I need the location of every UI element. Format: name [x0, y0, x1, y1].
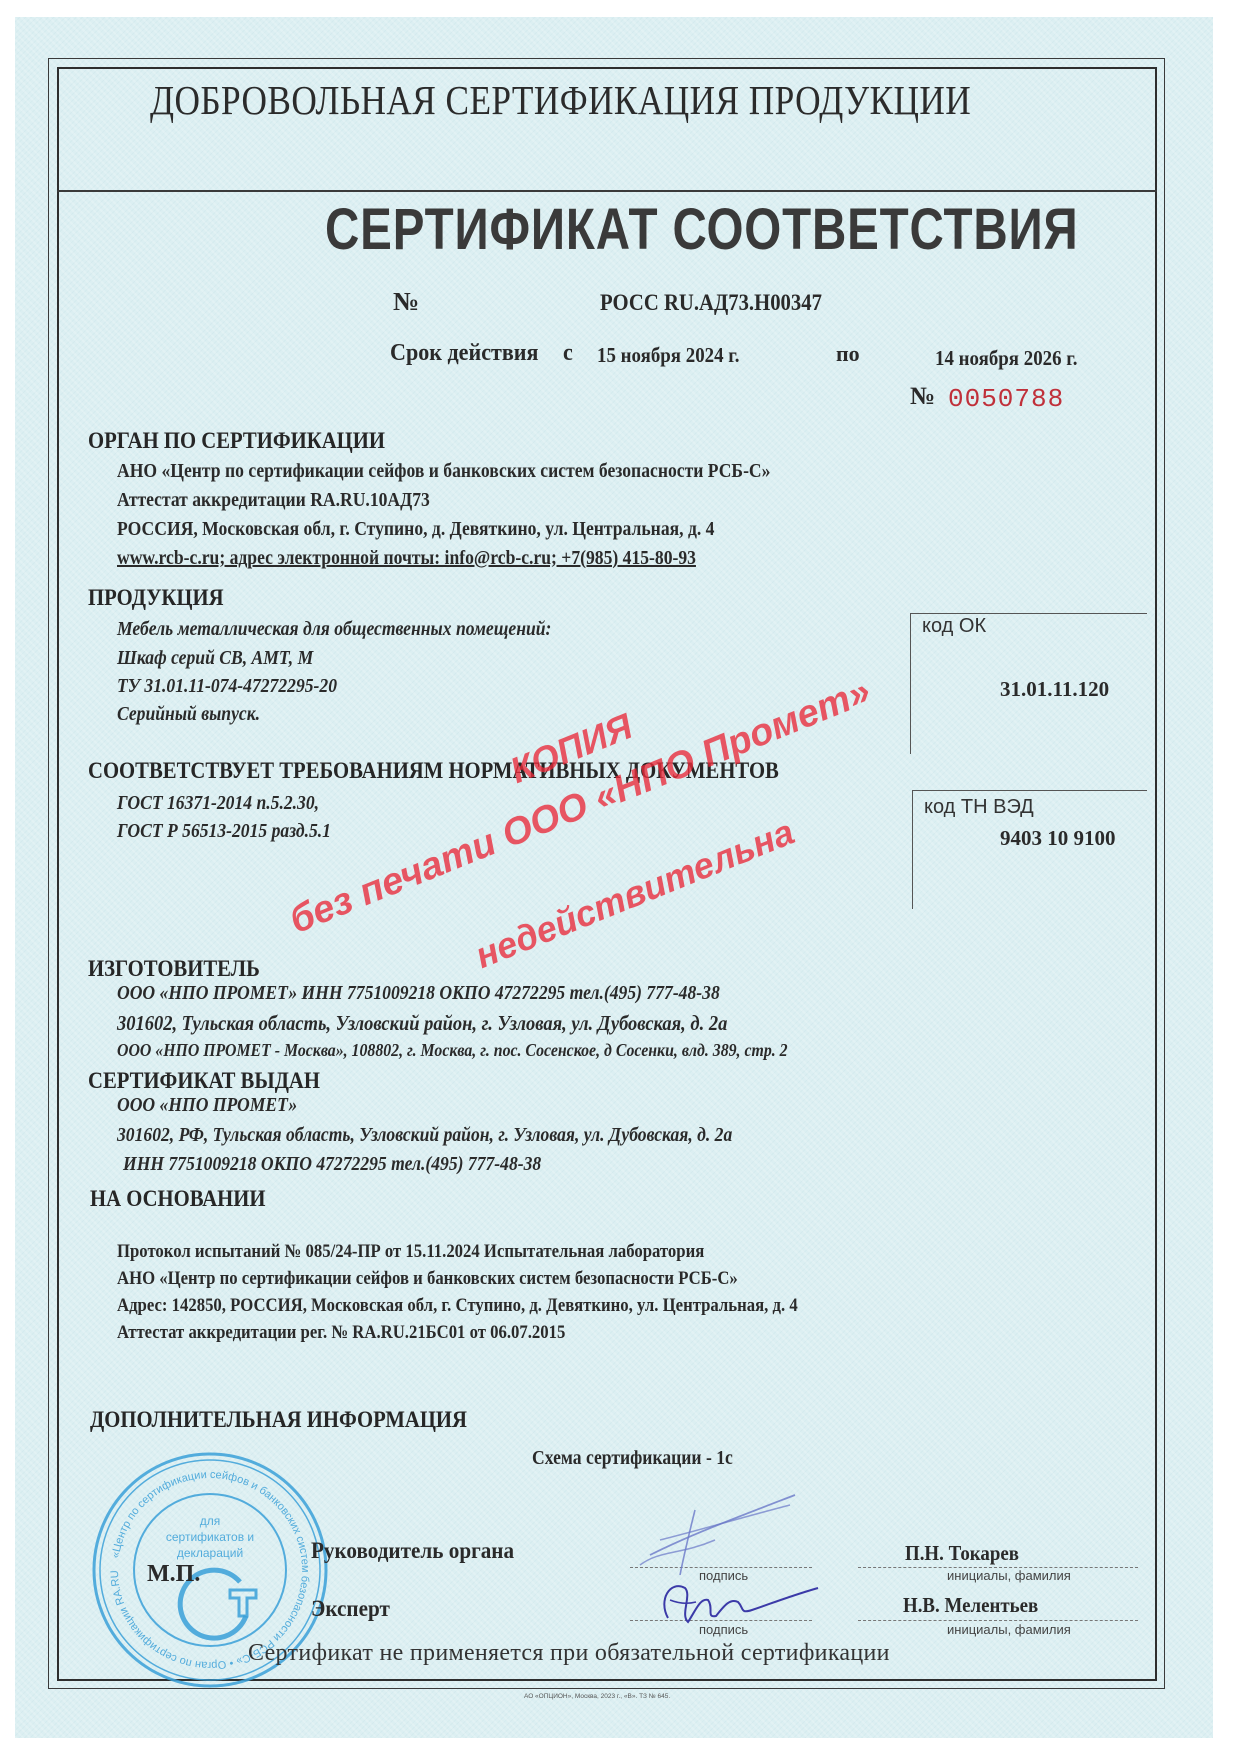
standard-line: ГОСТ Р 56513-2015 разд.5.1	[117, 820, 331, 843]
expert-name: Н.В. Мелентьев	[903, 1593, 1038, 1618]
code-ok-label: код ОК	[922, 615, 986, 638]
certification-scheme: Схема сертификации - 1с	[532, 1447, 733, 1470]
expert-name-caption: инициалы, фамилия	[947, 1622, 1071, 1637]
header-divider	[57, 190, 1157, 192]
blank-serial-number: 0050788	[948, 384, 1064, 414]
code-tnved-label: код ТН ВЭД	[924, 796, 1034, 819]
basis-line: АНО «Центр по сертификации сейфов и банк…	[117, 1268, 738, 1290]
section-certification-body: ОРГАН ПО СЕРТИФИКАЦИИ	[88, 428, 385, 454]
page-title: СЕРТИФИКАТ СООТВЕТСТВИЯ	[325, 196, 1079, 263]
expert-role-label: Эксперт	[311, 1596, 390, 1622]
code-tnved-value: 9403 10 9100	[1000, 826, 1116, 851]
expert-signature-icon	[640, 1560, 830, 1640]
code-ok-value: 31.01.11.120	[1000, 677, 1109, 702]
issued-to-line: ИНН 7751009218 ОКПО 47272295 тел.(495) 7…	[123, 1153, 541, 1176]
supertitle: ДОБРОВОЛЬНАЯ СЕРТИФИКАЦИЯ ПРОДУКЦИИ	[150, 76, 971, 124]
issued-to-line: 301602, РФ, Тульская область, Узловский …	[117, 1124, 732, 1147]
product-line: Серийный выпуск.	[117, 703, 260, 726]
footer-note: Сертификат не применяется при обязательн…	[248, 1640, 890, 1667]
product-line: ТУ 31.01.11-074-47272295-20	[117, 675, 337, 698]
section-additional-info: ДОПОЛНИТЕЛЬНАЯ ИНФОРМАЦИЯ	[90, 1407, 467, 1433]
basis-line: Протокол испытаний № 085/24-ПР от 15.11.…	[117, 1241, 704, 1263]
svg-text:деклараций: деклараций	[177, 1546, 243, 1560]
validity-label: Срок действия	[390, 340, 538, 367]
head-name: П.Н. Токарев	[905, 1541, 1019, 1566]
svg-text:сертификатов и: сертификатов и	[166, 1530, 254, 1544]
cert-body-line: АНО «Центр по сертификации сейфов и банк…	[117, 460, 770, 483]
basis-line: Адрес: 142850, РОССИЯ, Московская обл, г…	[117, 1295, 798, 1317]
cert-body-line: Аттестат аккредитации RA.RU.10АД73	[117, 489, 430, 512]
basis-line: Аттестат аккредитации рег. № RA.RU.21БС0…	[117, 1322, 565, 1344]
manufacturer-line: 301602, Тульская область, Узловский райо…	[117, 1011, 727, 1036]
validity-from-prefix: с	[563, 340, 573, 367]
product-line: Мебель металлическая для общественных по…	[117, 618, 551, 641]
head-role-label: Руководитель органа	[311, 1538, 514, 1564]
section-basis: НА ОСНОВАНИИ	[90, 1186, 265, 1212]
validity-to-prefix: по	[836, 341, 860, 367]
manufacturer-line: ООО «НПО ПРОМЕТ - Москва», 108802, г. Мо…	[117, 1040, 788, 1061]
section-manufacturer: ИЗГОТОВИТЕЛЬ	[88, 956, 260, 982]
cert-body-line: РОССИЯ, Московская обл, г. Ступино, д. Д…	[117, 518, 714, 541]
expert-name-line	[858, 1620, 1138, 1621]
registration-number: РОСС RU.АД73.Н00347	[600, 290, 822, 316]
section-issued-to: СЕРТИФИКАТ ВЫДАН	[88, 1068, 320, 1094]
product-line: Шкаф серий СВ, АМТ, М	[117, 647, 313, 670]
valid-from-date: 15 ноября 2024 г.	[597, 343, 739, 368]
standard-line: ГОСТ 16371-2014 п.5.2.30,	[117, 792, 319, 815]
manufacturer-line: ООО «НПО ПРОМЕТ» ИНН 7751009218 ОКПО 472…	[117, 982, 720, 1005]
valid-to-date: 14 ноября 2026 г.	[935, 346, 1077, 371]
head-name-caption: инициалы, фамилия	[947, 1568, 1071, 1583]
blank-number-sign: №	[910, 383, 935, 411]
cert-body-contacts-link[interactable]: www.rcb-c.ru; адрес электронной почты: i…	[117, 547, 696, 570]
number-sign: №	[393, 287, 419, 317]
printer-imprint: АО «ОПЦИОН», Москва, 2023 г., «В». ТЗ № …	[524, 1693, 670, 1700]
svg-text:для: для	[200, 1514, 221, 1528]
stamp-place-label: М.П.	[147, 1561, 200, 1588]
section-product: ПРОДУКЦИЯ	[88, 585, 224, 611]
issued-to-line: ООО «НПО ПРОМЕТ»	[117, 1094, 297, 1117]
